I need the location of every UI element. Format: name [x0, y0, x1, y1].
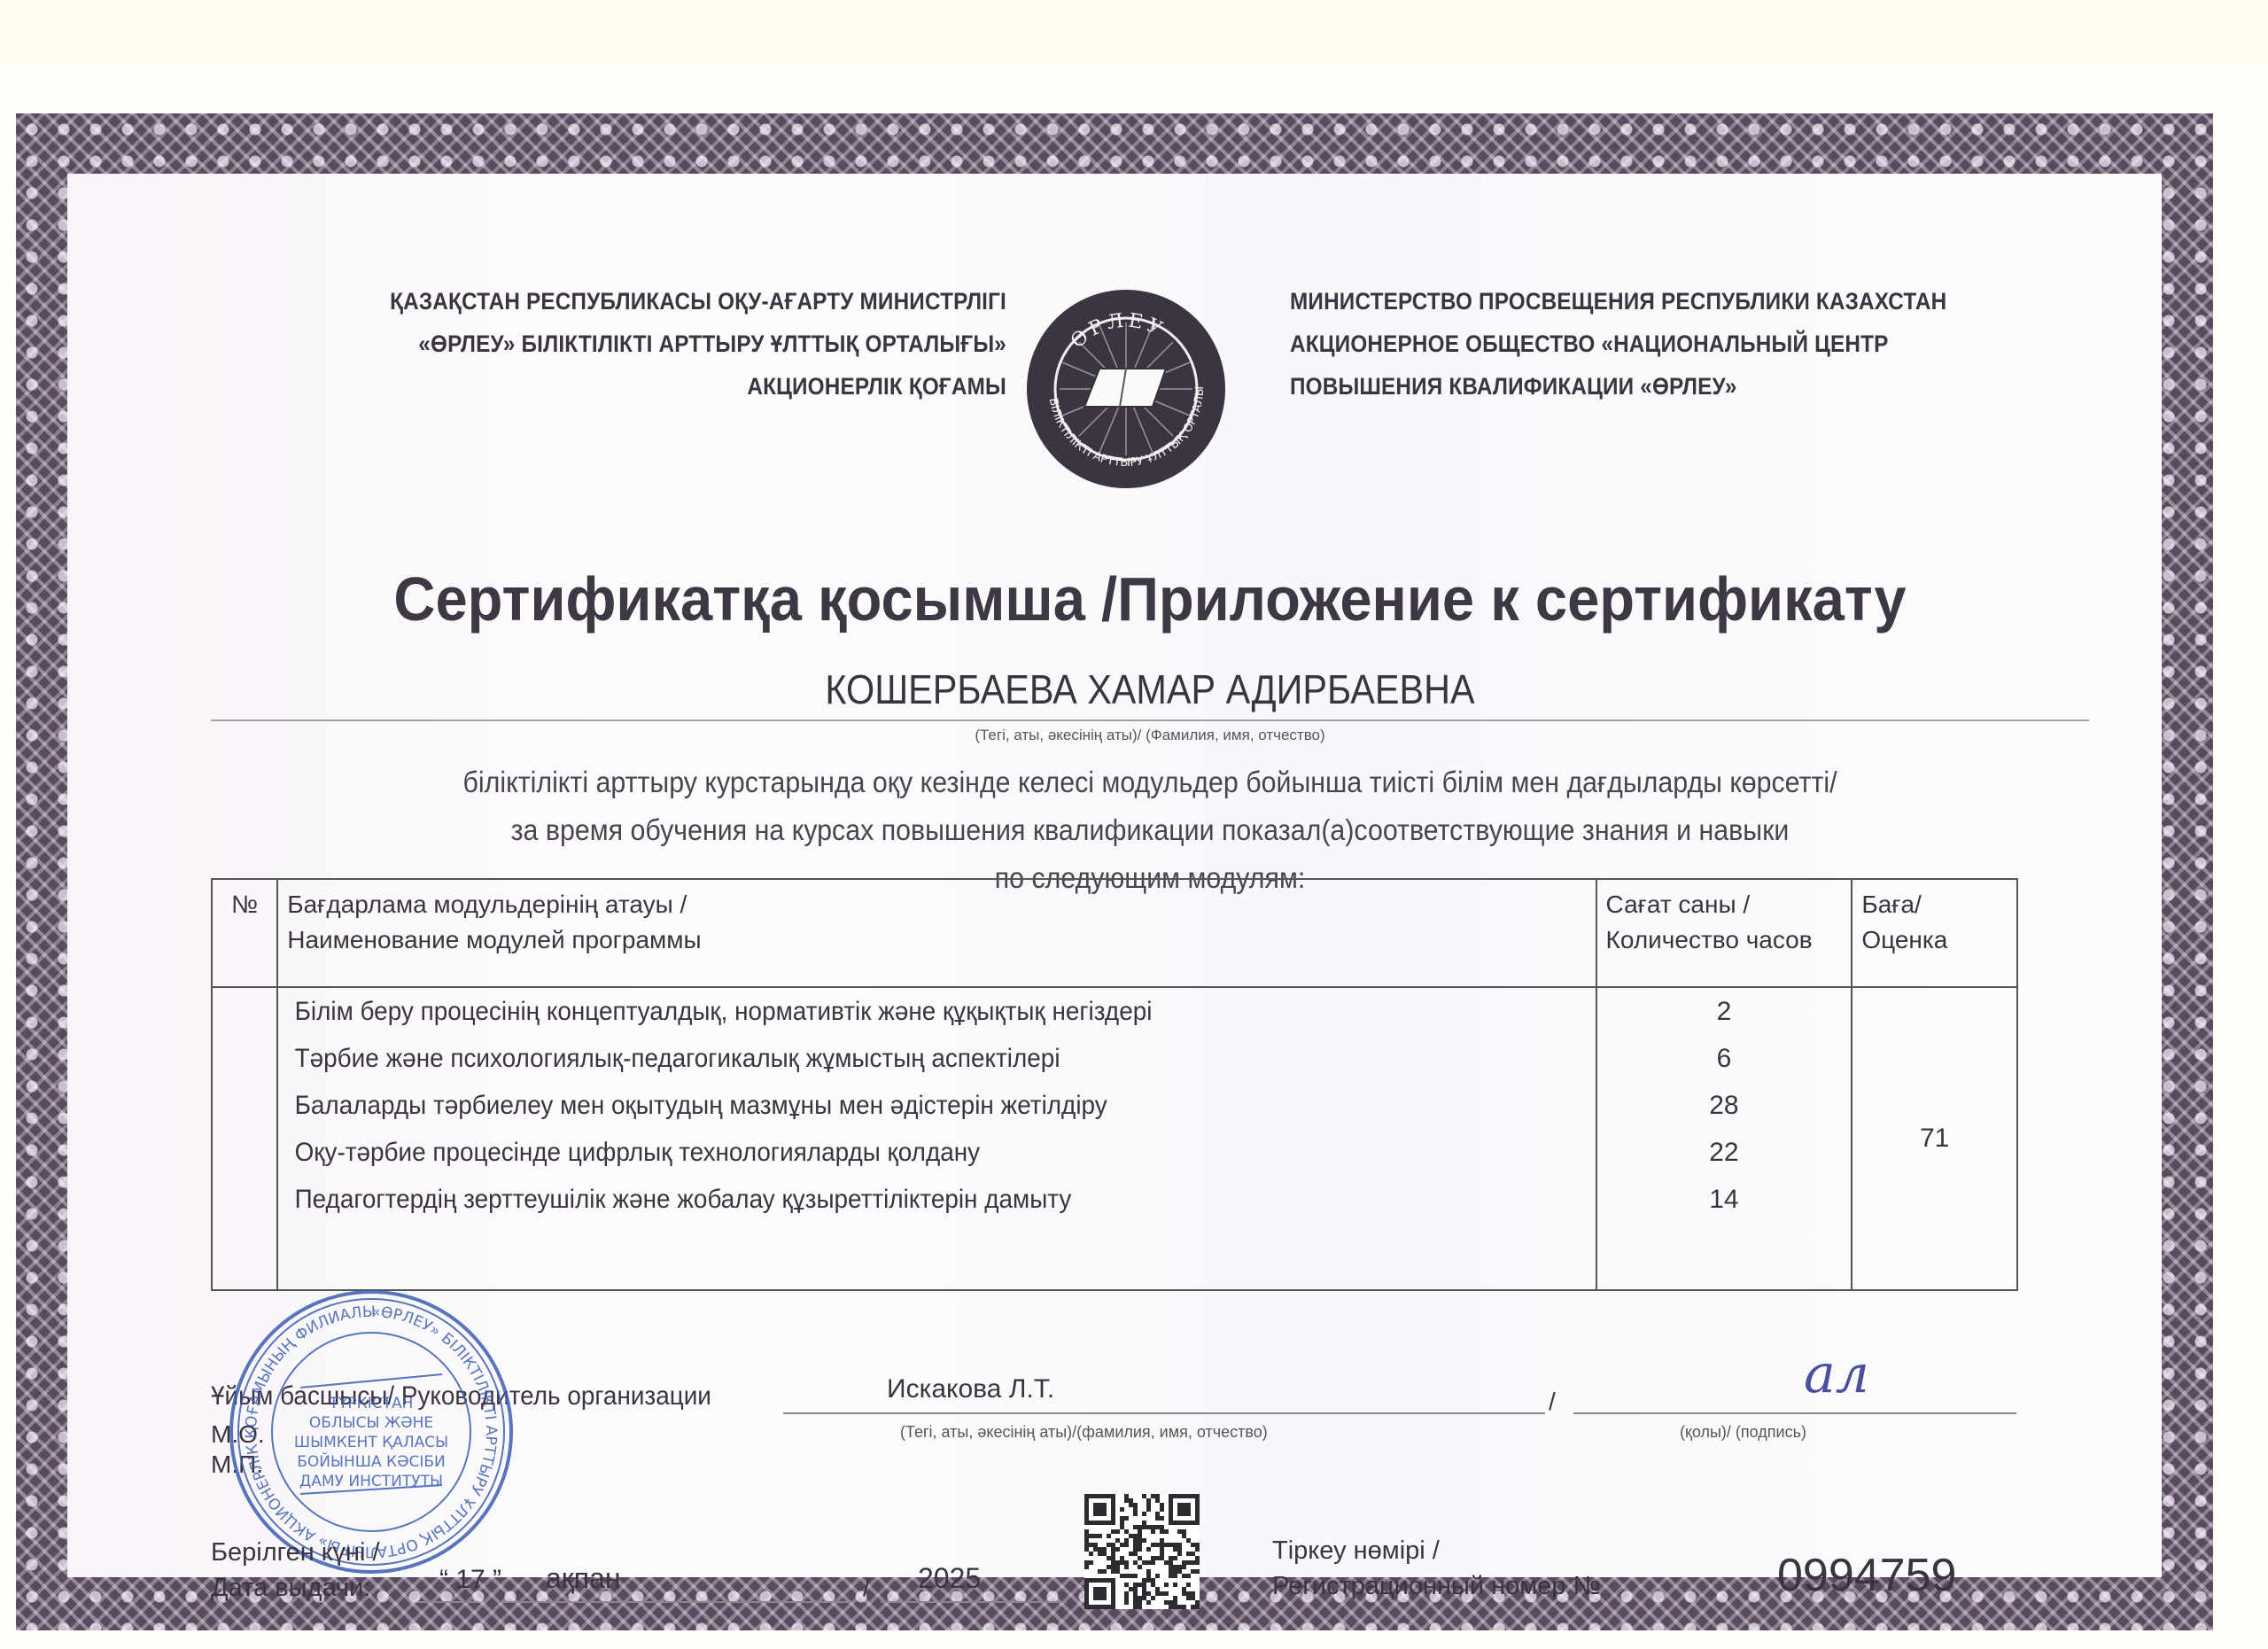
- modules-table: № Бағдарлама модульдерінің атауы / Наиме…: [211, 878, 2018, 1291]
- open-book-icon: [1084, 369, 1166, 407]
- registration-label-ru: Регистрационный номер №: [1272, 1572, 1601, 1601]
- header-grade-kz: Баға/: [1861, 887, 2008, 922]
- header-module-name: Бағдарлама модульдерінің атауы / Наимено…: [277, 879, 1596, 987]
- header-hours-kz: Сағат саны /: [1606, 887, 1843, 922]
- header-kz-line-1: ҚАЗАҚСТАН РЕСПУБЛИКАСЫ ОҚУ-АҒАРТУ МИНИСТ…: [289, 280, 1006, 323]
- table-row: Педагогтердің зерттеушілік және жобалау …: [278, 1176, 1503, 1223]
- issue-date-label-ru: Дата выдачи:: [211, 1574, 370, 1603]
- name-underline: [211, 719, 2089, 721]
- signature-caption: (қолы)/ (подпись): [1680, 1423, 1806, 1442]
- official-stamp-icon: «ӨРЛЕУ» БІЛІКТІЛІКТІ АРТТЫРУ ҰЛТТЫҚ ОРТА…: [225, 1286, 517, 1578]
- signature-separator: /: [1549, 1388, 1556, 1416]
- issue-date-label-kz: Берілген күні /: [211, 1538, 380, 1567]
- certificate-body: ҚАЗАҚСТАН РЕСПУБЛИКАСЫ ОҚУ-АҒАРТУ МИНИСТ…: [67, 174, 2162, 1577]
- issue-day: “ 17 ”: [439, 1565, 501, 1595]
- hours-value: 28: [1597, 1082, 1852, 1129]
- svg-text:ТҮРКІСТАН: ТҮРКІСТАН: [329, 1395, 414, 1412]
- header-grade: Баға/ Оценка: [1852, 879, 2017, 987]
- intro-line-1: біліктілікті арттыру курстарында оқу кез…: [154, 758, 2146, 806]
- svg-text:ШЫМКЕНТ ҚАЛАСЫ: ШЫМКЕНТ ҚАЛАСЫ: [294, 1434, 448, 1451]
- svg-text:БОЙЫНША КӘСІБИ: БОЙЫНША КӘСІБИ: [297, 1451, 445, 1471]
- qr-code-icon: [1084, 1494, 1200, 1609]
- module-names-cell: Білім беру процесінің концептуалдық, нор…: [277, 987, 1596, 1290]
- header-module-name-kz: Бағдарлама модульдерінің атауы /: [287, 887, 1586, 922]
- document-title: Сертификатқа қосымша /Приложение к серти…: [144, 564, 2157, 634]
- header-kz-line-3: АКЦИОНЕРЛІК ҚОҒАМЫ: [289, 365, 1006, 408]
- header-kazakh: ҚАЗАҚСТАН РЕСПУБЛИКАСЫ ОҚУ-АҒАРТУ МИНИСТ…: [289, 280, 1006, 408]
- issue-year: 2025: [918, 1562, 981, 1595]
- recipient-name-caption: (Тегі, аты, әкесінің аты)/ (Фамилия, имя…: [67, 727, 2233, 744]
- year-underline: [881, 1601, 1067, 1603]
- hours-value: 6: [1597, 1035, 1852, 1082]
- day-underline: [417, 1601, 479, 1603]
- table-row: Оқу-тәрбие процесінде цифрлық технология…: [278, 1129, 1503, 1176]
- recipient-name: КОШЕРБАЕВА ХАМАР АДИРБАЕВНА: [175, 665, 2124, 713]
- hours-value: 14: [1597, 1176, 1852, 1223]
- scan-top-margin: [0, 0, 2268, 62]
- signer-name-caption: (Тегі, аты, әкесінің аты)/(фамилия, имя,…: [900, 1423, 1268, 1442]
- table-header-row: № Бағдарлама модульдерінің атауы / Наиме…: [212, 879, 2017, 987]
- date-separator: /: [863, 1574, 870, 1602]
- intro-line-2: за время обучения на курсах повышения кв…: [154, 806, 2146, 854]
- signer-name-line: [783, 1412, 1545, 1414]
- signer-name: Искакова Л.Т.: [887, 1374, 1054, 1404]
- hours-value: 22: [1597, 1129, 1852, 1176]
- header-hours: Сағат саны / Количество часов: [1596, 879, 1852, 987]
- table-body-row: Білім беру процесінің концептуалдық, нор…: [212, 987, 2017, 1290]
- header-hours-ru: Количество часов: [1606, 922, 1843, 958]
- header-ru-line-2: АКЦИОНЕРНОЕ ОБЩЕСТВО «НАЦИОНАЛЬНЫЙ ЦЕНТР: [1290, 323, 2008, 365]
- table-row: Білім беру процесінің концептуалдық, нор…: [278, 988, 1503, 1035]
- header-grade-ru: Оценка: [1861, 922, 2008, 958]
- hours-cell: 2 6 28 22 14: [1596, 987, 1852, 1290]
- issue-month: ақпан: [546, 1562, 621, 1595]
- header-kz-line-2: «ӨРЛЕУ» БІЛІКТІЛІКТІ АРТТЫРУ ҰЛТТЫҚ ОРТА…: [289, 323, 1006, 365]
- registration-number: 0994759: [1777, 1549, 1956, 1602]
- orleu-logo: ӨРЛЕУ БІЛІКТІЛІКТІ АРТТЫРУ ҰЛТТЫҚ ОРТАЛЫ…: [1024, 287, 1228, 491]
- grade-value: 71: [1852, 987, 2017, 1290]
- hours-value: 2: [1597, 988, 1852, 1035]
- header-number: №: [212, 879, 277, 987]
- header-ru-line-3: ПОВЫШЕНИЯ КВАЛИФИКАЦИИ «ӨРЛЕУ»: [1290, 365, 2008, 408]
- svg-text:ДАМУ ИНСТИТУТЫ: ДАМУ ИНСТИТУТЫ: [299, 1473, 443, 1490]
- table-row: Балаларды тәрбиелеу мен оқытудың мазмұны…: [278, 1082, 1503, 1129]
- month-underline: [497, 1601, 851, 1603]
- header-ru-line-1: МИНИСТЕРСТВО ПРОСВЕЩЕНИЯ РЕСПУБЛИКИ КАЗА…: [1290, 280, 2008, 323]
- registration-label-kz: Тіркеу нөмірі /: [1272, 1536, 1440, 1566]
- svg-text:ОБЛЫСЫ ЖӘНЕ: ОБЛЫСЫ ЖӘНЕ: [309, 1414, 433, 1432]
- header-module-name-ru: Наименование модулей программы: [287, 922, 1586, 958]
- handwritten-signature: ал: [1804, 1343, 1869, 1405]
- ornamental-border: ҚАЗАҚСТАН РЕСПУБЛИКАСЫ ОҚУ-АҒАРТУ МИНИСТ…: [16, 113, 2213, 1630]
- number-cell: [212, 987, 277, 1290]
- header-russian: МИНИСТЕРСТВО ПРОСВЕЩЕНИЯ РЕСПУБЛИКИ КАЗА…: [1290, 280, 2008, 408]
- signature-line: [1573, 1412, 2016, 1414]
- table-row: Тәрбие және психологиялық-педагогикалық …: [278, 1035, 1503, 1082]
